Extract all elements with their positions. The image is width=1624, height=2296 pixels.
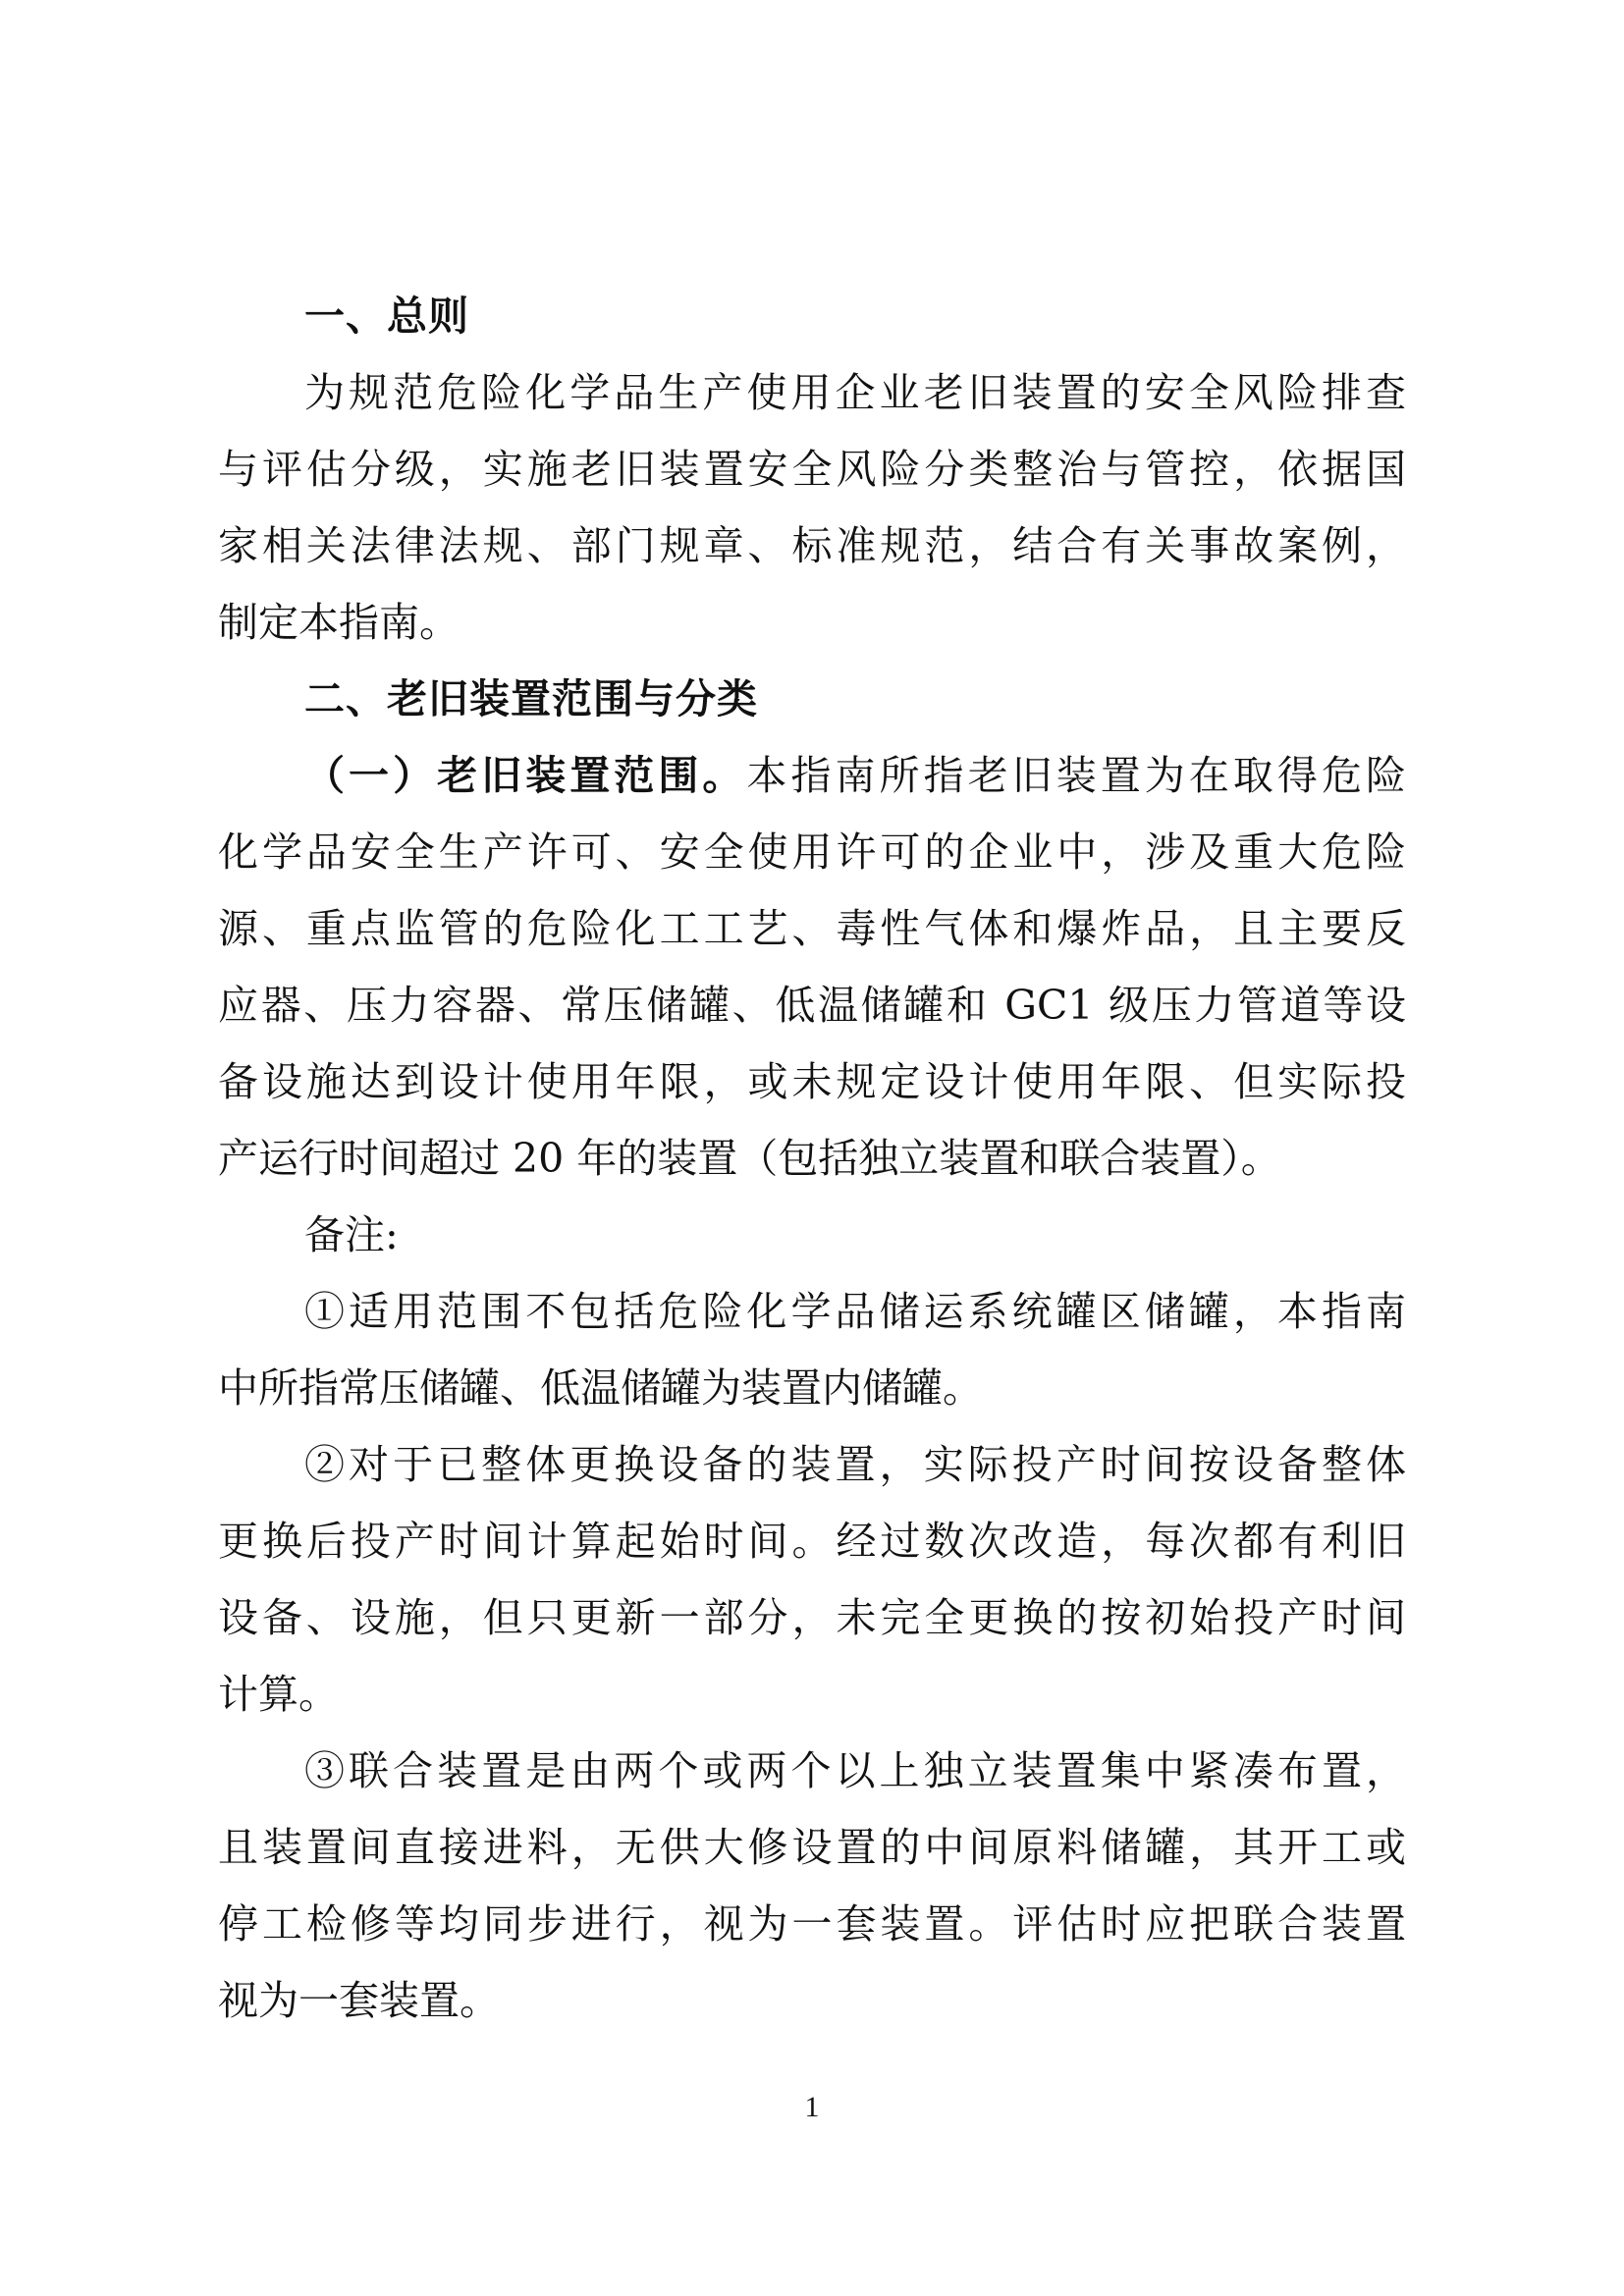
document-page: 一、总则 为规范危险化学品生产使用企业老旧装置的安全风险排查 与评估分级，实施老… [218, 278, 1406, 2039]
text-line: 更换后投产时间计算起始时间。经过数次改造，每次都有利旧 [218, 1503, 1406, 1579]
text-line: 中所指常压储罐、低温储罐为装置内储罐。 [218, 1350, 1406, 1426]
text-line: 为规范危险化学品生产使用企业老旧装置的安全风险排查 [218, 354, 1406, 431]
note-3: ③联合装置是由两个或两个以上独立装置集中紧凑布置， 且装置间直接进料，无供大修设… [218, 1733, 1406, 2039]
section-heading-general: 一、总则 [218, 278, 1406, 354]
text-line: 化学品安全生产许可、安全使用许可的企业中，涉及重大危险 [218, 814, 1406, 890]
notes-label: 备注: [218, 1197, 1406, 1273]
text-line: 停工检修等均同步进行，视为一套装置。评估时应把联合装置 [218, 1886, 1406, 1962]
text-line-with-lead: （一）老旧装置范围。本指南所指老旧装置为在取得危险 [218, 737, 1406, 814]
paragraph-purpose: 为规范危险化学品生产使用企业老旧装置的安全风险排查 与评估分级，实施老旧装置安全… [218, 354, 1406, 661]
text-line: 视为一套装置。 [218, 1962, 1406, 2039]
text-line: 与评估分级，实施老旧装置安全风险分类整治与管控，依据国 [218, 431, 1406, 507]
text-line: ②对于已整体更换设备的装置，实际投产时间按设备整体 [218, 1426, 1406, 1503]
text-line: 产运行时间超过 20 年的装置（包括独立装置和联合装置）。 [218, 1120, 1406, 1197]
paragraph-scope: （一）老旧装置范围。本指南所指老旧装置为在取得危险 化学品安全生产许可、安全使用… [218, 737, 1406, 1197]
text-line: ①适用范围不包括危险化学品储运系统罐区储罐，本指南 [218, 1273, 1406, 1350]
subsection-heading: （一）老旧装置范围。 [304, 752, 746, 799]
text-line: 制定本指南。 [218, 584, 1406, 661]
note-2: ②对于已整体更换设备的装置，实际投产时间按设备整体 更换后投产时间计算起始时间。… [218, 1426, 1406, 1733]
text-line: 源、重点监管的危险化工工艺、毒性气体和爆炸品，且主要反 [218, 890, 1406, 967]
text-line: 计算。 [218, 1656, 1406, 1733]
text-line: 备设施达到设计使用年限，或未规定设计使用年限、但实际投 [218, 1043, 1406, 1120]
text-line: 且装置间直接进料，无供大修设置的中间原料储罐，其开工或 [218, 1809, 1406, 1886]
text-line: 设备、设施，但只更新一部分，未完全更换的按初始投产时间 [218, 1579, 1406, 1656]
text-line: 家相关法律法规、部门规章、标准规范，结合有关事故案例， [218, 507, 1406, 584]
page-number: 1 [0, 2091, 1624, 2124]
text-line: 应器、压力容器、常压储罐、低温储罐和 GC1 级压力管道等设 [218, 967, 1406, 1043]
text-span: 本指南所指老旧装置为在取得危险 [746, 752, 1406, 799]
section-heading-scope: 二、老旧装置范围与分类 [218, 661, 1406, 737]
text-line: ③联合装置是由两个或两个以上独立装置集中紧凑布置， [218, 1733, 1406, 1809]
note-1: ①适用范围不包括危险化学品储运系统罐区储罐，本指南 中所指常压储罐、低温储罐为装… [218, 1273, 1406, 1426]
